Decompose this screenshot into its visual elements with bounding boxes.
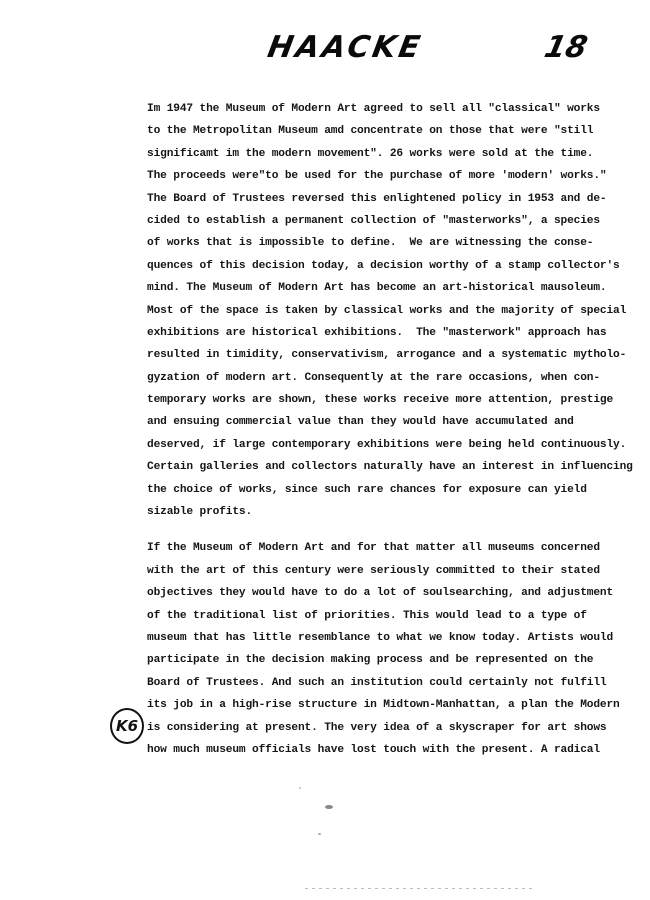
text-line: temporary works are shown, these works r… bbox=[147, 389, 567, 411]
text-line: Im 1947 the Museum of Modern Art agreed … bbox=[147, 98, 567, 120]
text-line: Certain galleries and collectors natural… bbox=[147, 456, 567, 478]
text-line: The proceeds were"to be used for the pur… bbox=[147, 165, 567, 187]
text-line: exhibitions are historical exhibitions. … bbox=[147, 322, 567, 344]
text-line: objectives they would have to do a lot o… bbox=[147, 582, 567, 604]
scan-artifact bbox=[325, 805, 333, 809]
handwritten-page-number: 18 bbox=[541, 30, 590, 65]
paragraph-2: If the Museum of Modern Art and for that… bbox=[147, 537, 567, 761]
text-line: how much museum officials have lost touc… bbox=[147, 739, 567, 761]
text-line: its job in a high-rise structure in Midt… bbox=[147, 694, 567, 716]
text-line: significamt im the modern movement". 26 … bbox=[147, 143, 567, 165]
typewritten-body: Im 1947 the Museum of Modern Art agreed … bbox=[147, 98, 567, 761]
text-line: of the traditional list of priorities. T… bbox=[147, 605, 567, 627]
text-line: with the art of this century were seriou… bbox=[147, 560, 567, 582]
scan-artifact bbox=[299, 787, 301, 789]
text-line: participate in the decision making proce… bbox=[147, 649, 567, 671]
text-line: Most of the space is taken by classical … bbox=[147, 300, 567, 322]
text-line: quences of this decision today, a decisi… bbox=[147, 255, 567, 277]
text-line: and ensuing commercial value than they w… bbox=[147, 411, 567, 433]
text-line: Board of Trustees. And such an instituti… bbox=[147, 672, 567, 694]
text-line: museum that has little resemblance to wh… bbox=[147, 627, 567, 649]
text-line: gyzation of modern art. Consequently at … bbox=[147, 367, 567, 389]
scan-artifact bbox=[318, 833, 321, 835]
circled-annotation-text: K6 bbox=[116, 717, 138, 735]
scan-artifact-line bbox=[305, 888, 535, 889]
document-page: HAACKE 18 Im 1947 the Museum of Modern A… bbox=[0, 0, 650, 900]
text-line: of works that is impossible to define. W… bbox=[147, 232, 567, 254]
handwritten-header: HAACKE bbox=[265, 30, 426, 65]
text-line: sizable profits. bbox=[147, 501, 567, 523]
circled-annotation-mark: K6 bbox=[110, 708, 144, 744]
text-line: to the Metropolitan Museum amd concentra… bbox=[147, 120, 567, 142]
text-line: If the Museum of Modern Art and for that… bbox=[147, 537, 567, 559]
text-line: the choice of works, since such rare cha… bbox=[147, 479, 567, 501]
text-line: is considering at present. The very idea… bbox=[147, 717, 567, 739]
text-line: cided to establish a permanent collectio… bbox=[147, 210, 567, 232]
text-line: The Board of Trustees reversed this enli… bbox=[147, 188, 567, 210]
paragraph-1: Im 1947 the Museum of Modern Art agreed … bbox=[147, 98, 567, 523]
text-line: resulted in timidity, conservativism, ar… bbox=[147, 344, 567, 366]
text-line: deserved, if large contemporary exhibiti… bbox=[147, 434, 567, 456]
text-line: mind. The Museum of Modern Art has becom… bbox=[147, 277, 567, 299]
